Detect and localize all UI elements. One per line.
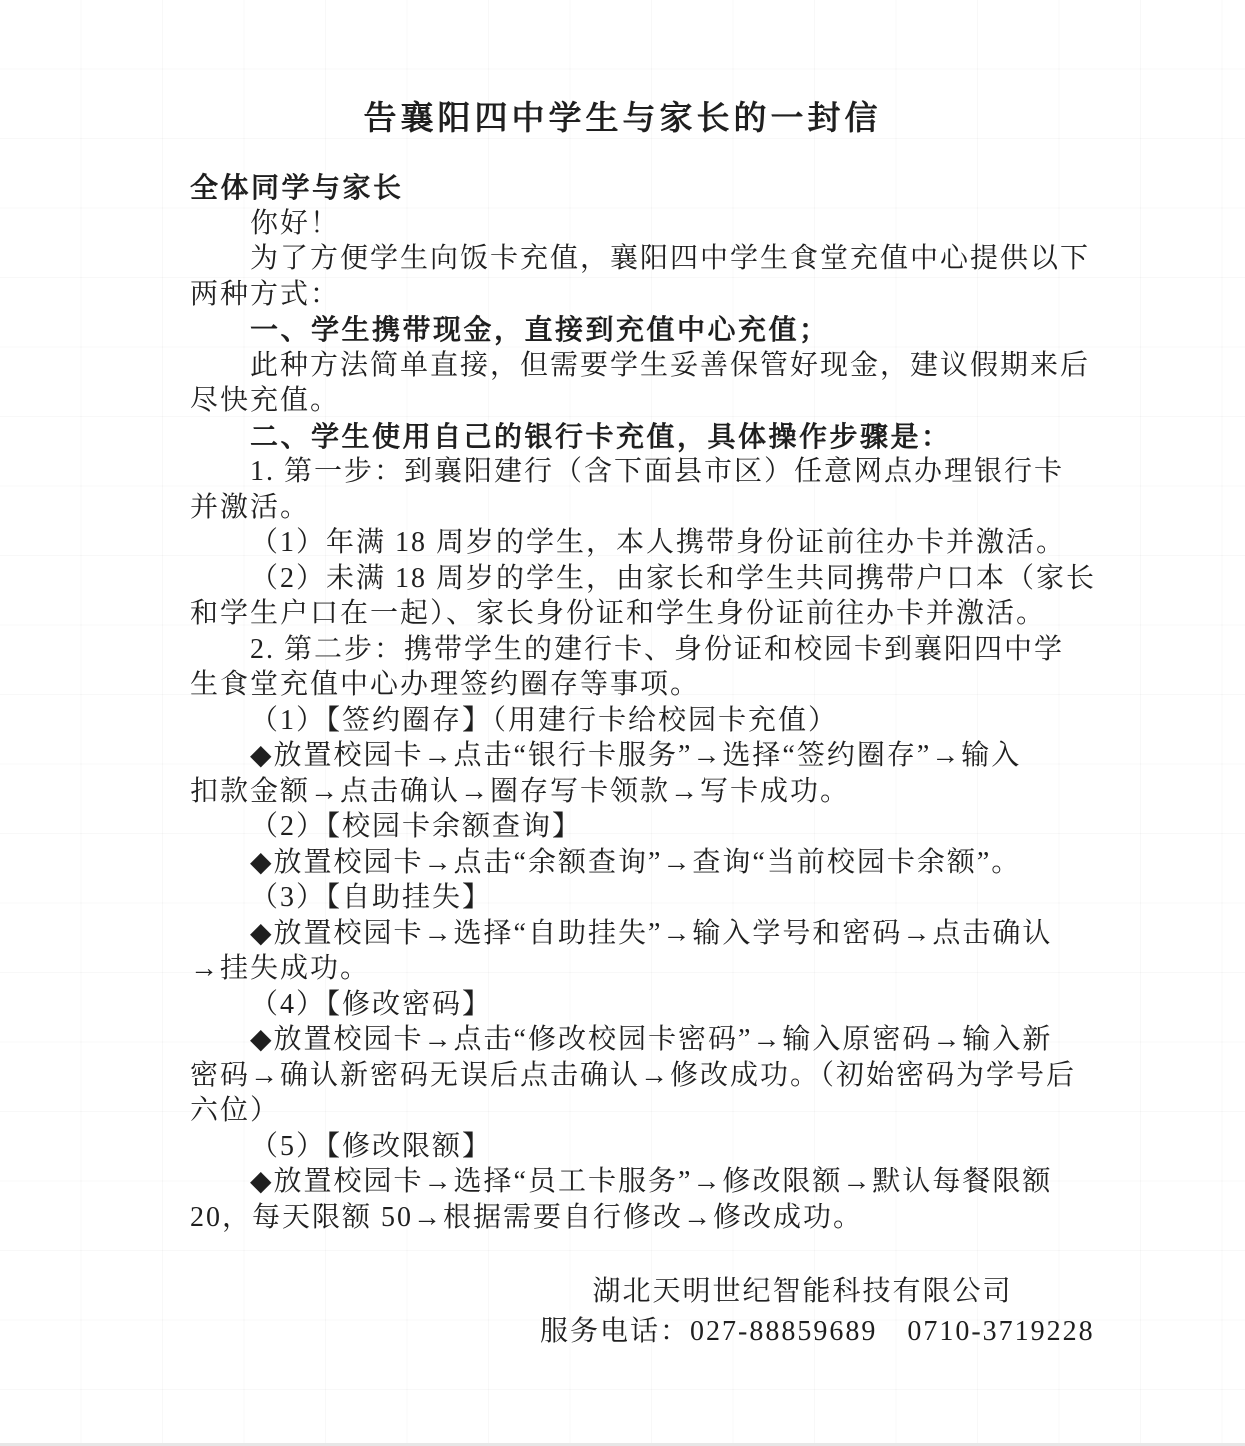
service-phone: 服务电话：027-88859689 0710-3719228 bbox=[540, 1312, 1065, 1352]
text-line: ◆放置校园卡→点击“修改校园卡密码”→输入原密码→输入新 bbox=[190, 1022, 1090, 1058]
text-line: ◆放置校园卡→点击“银行卡服务”→选择“签约圈存”→输入 bbox=[190, 738, 1090, 774]
text-line: 尽快充值。 bbox=[190, 383, 1090, 419]
text-line: （3）【自助挂失】 bbox=[190, 880, 1090, 916]
text-line: （2）未满 18 周岁的学生，由家长和学生共同携带户口本（家长 bbox=[190, 561, 1090, 597]
text-line: ◆放置校园卡→选择“自助挂失”→输入学号和密码→点击确认 bbox=[190, 916, 1090, 952]
letter-page: 告襄阳四中学生与家长的一封信 全体同学与家长你好！为了方便学生向饭卡充值，襄阳四… bbox=[0, 0, 1245, 1446]
text-line: （1）【签约圈存】（用建行卡给校园卡充值） bbox=[190, 703, 1090, 739]
text-line: 1. 第一步：到襄阳建行（含下面县市区）任意网点办理银行卡 bbox=[190, 454, 1090, 490]
text-line: （4）【修改密码】 bbox=[190, 987, 1090, 1023]
signature-block: 湖北天明世纪智能科技有限公司 服务电话：027-88859689 0710-37… bbox=[540, 1272, 1065, 1352]
text-line: 扣款金额→点击确认→圈存写卡领款→写卡成功。 bbox=[190, 774, 1090, 810]
text-line: 六位） bbox=[190, 1093, 1090, 1129]
text-line: 一、学生携带现金，直接到充值中心充值； bbox=[190, 312, 1090, 348]
text-line: 你好！ bbox=[190, 206, 1090, 242]
text-line: 两种方式： bbox=[190, 277, 1090, 313]
text-line: （5）【修改限额】 bbox=[190, 1129, 1090, 1165]
text-line: 为了方便学生向饭卡充值，襄阳四中学生食堂充值中心提供以下 bbox=[190, 241, 1090, 277]
text-line: （1）年满 18 周岁的学生，本人携带身份证前往办卡并激活。 bbox=[190, 525, 1090, 561]
text-line: 此种方法简单直接，但需要学生妥善保管好现金，建议假期来后 bbox=[190, 348, 1090, 384]
text-line: 二、学生使用自己的银行卡充值，具体操作步骤是： bbox=[190, 419, 1090, 455]
text-line: ◆放置校园卡→点击“余额查询”→查询“当前校园卡余额”。 bbox=[190, 845, 1090, 881]
text-line: 和学生户口在一起）、家长身份证和学生身份证前往办卡并激活。 bbox=[190, 596, 1090, 632]
text-line: 密码→确认新密码无误后点击确认→修改成功。（初始密码为学号后 bbox=[190, 1058, 1090, 1094]
text-line: 生食堂充值中心办理签约圈存等事项。 bbox=[190, 667, 1090, 703]
company-name: 湖北天明世纪智能科技有限公司 bbox=[540, 1272, 1065, 1312]
text-line: 并激活。 bbox=[190, 490, 1090, 526]
text-line: →挂失成功。 bbox=[190, 951, 1090, 987]
text-line: 全体同学与家长 bbox=[190, 170, 1090, 206]
text-line: 20，每天限额 50→根据需要自行修改→修改成功。 bbox=[190, 1200, 1090, 1236]
document-title: 告襄阳四中学生与家长的一封信 bbox=[0, 98, 1245, 138]
letter-body: 全体同学与家长你好！为了方便学生向饭卡充值，襄阳四中学生食堂充值中心提供以下两种… bbox=[190, 170, 1090, 1235]
text-line: 2. 第二步：携带学生的建行卡、身份证和校园卡到襄阳四中学 bbox=[190, 632, 1090, 668]
text-line: ◆放置校园卡→选择“员工卡服务”→修改限额→默认每餐限额 bbox=[190, 1164, 1090, 1200]
text-line: （2）【校园卡余额查询】 bbox=[190, 809, 1090, 845]
